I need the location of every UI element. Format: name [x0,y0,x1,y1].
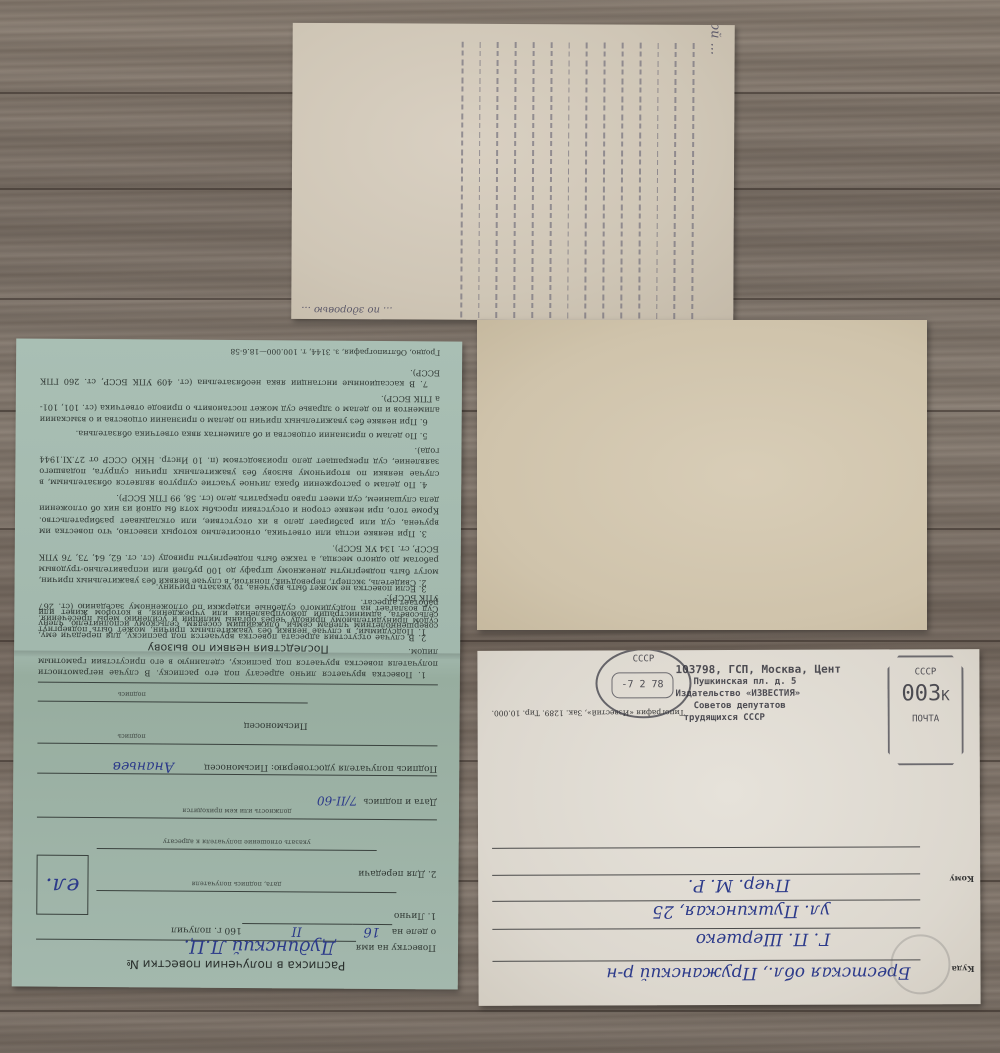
handwriting [439,42,711,322]
consequences-section: Последствия неявки по вызову 1. Подсудим… [38,342,440,656]
hearing-day: 16 [352,924,392,937]
summons-name-value: Дудинский Л.Ц. [36,939,356,954]
consequence-3: 3. При неявке истца или ответчика, относ… [39,491,439,540]
blank-card [477,320,927,630]
to-label: Кому [949,874,974,884]
postman-signature: Ананьев [113,760,175,772]
consequence-4: 4. По делам о расторжении брака личное у… [39,442,439,491]
receipt-title: Расписка в получении повестки № [36,957,436,971]
summons-name-label: Повестку на имя [356,941,436,953]
meter-value: 003К [889,681,961,706]
printer-info: Гродно, Облтипография, з. 3144, т. 100.0… [40,345,440,359]
letter-greeting: Дорогой ... [708,23,723,55]
date-value: 7/II-60 [317,794,358,806]
where-label: Куда [952,964,975,974]
consequence-2: 2. Свидетель, эксперт, переводчик, понят… [39,540,439,589]
postcard: Куда Кому Брестская обл., Пружанский р-н… [477,649,980,1006]
hearing-label: о деле на [392,925,437,937]
mark-box: ел. [36,855,88,915]
faint-postmark [890,934,950,994]
podpis-hint-2: подпись [118,688,438,702]
date-sign-label: Дата и подпись [363,794,437,806]
consequence-1: 1. Подсудимый, в случае неявки без уважи… [38,589,438,638]
hearing-month: II [242,924,352,937]
summons-form-text: Расписка в получении повестки № Повестку… [12,338,463,989]
podpis-hint: подпись [117,730,437,744]
consequence-6: 6. При неявке без уважительных причин по… [40,390,440,427]
address-line-3: ул. Пушкинская, 25 [652,901,830,922]
postmark-date: -7 2 78 [611,672,673,698]
postman-label: Письмоносец [38,718,308,731]
handwritten-letter-card: Дорогой ... ... по здоровью ... [291,23,735,321]
address-line-2: Г. П. Шершеко [696,929,831,949]
return-stamp: 103798, ГСП, Москва, Цент Пушкинская пл.… [675,664,841,725]
letter-bottom-line: ... по здоровью ... [301,304,392,315]
consequence-5: 5. По делам о признании отцовства и об а… [40,428,440,442]
year-suffix: 160 г. получил [171,923,242,935]
wood-plank-seam [0,1010,1000,1012]
signature-label: Подпись получателя удостоверяю: Письмоно… [204,761,437,774]
meter-stamp: СССР 003К ПОЧТА [887,655,963,765]
address-line-4: Пчер. М. Р. [688,875,790,895]
consequence-7: 7. В кассационные инстанции явка необяза… [40,364,440,390]
address-line-1: Брестская обл., Пружанский р-н [606,962,910,983]
court-summons-form: Расписка в получении повестки № Повестку… [12,338,463,989]
